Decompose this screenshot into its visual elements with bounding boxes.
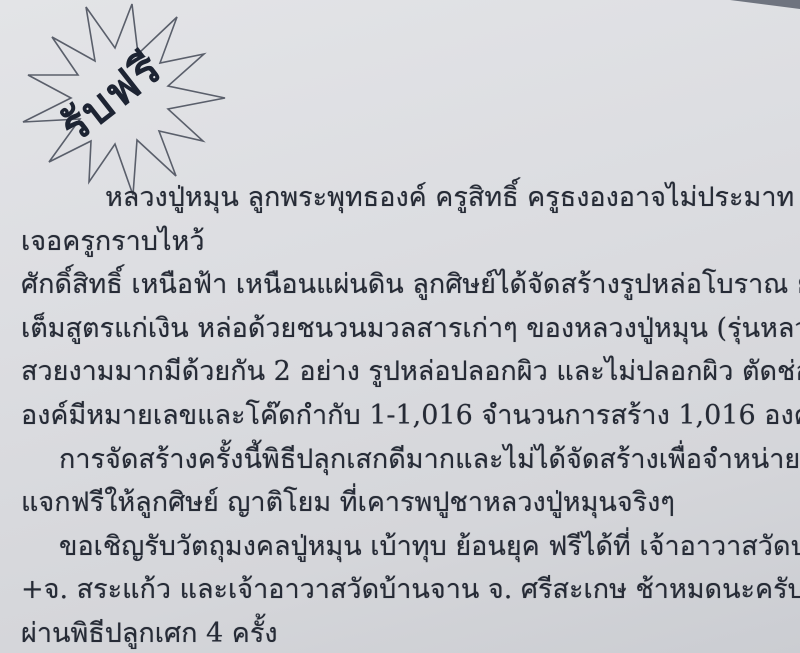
text-line: องค์มีหมายเลขและโค๊ดกำกับ 1-1,016 จำนวนก…	[21, 394, 785, 438]
text-line: การจัดสร้างครั้งนี้พิธีปลุกเสกดีมากและไม…	[21, 438, 785, 482]
text-line: เจอครูกราบไหว้	[21, 220, 785, 264]
free-giveaway-starburst: รับฟรี	[0, 0, 267, 200]
text-line: +จ. สระแก้ว และเจ้าอาวาสวัดบ้านจาน จ. ศร…	[21, 568, 785, 612]
text-line: เต็มสูตรแก่เงิน หล่อด้วยชนวนมวลสารเก่าๆ …	[21, 307, 785, 351]
photo-corner-artifact	[730, 0, 800, 9]
text-line: แจกฟรีให้ลูกศิษย์ ญาติโยม ที่เคารพปูชาหล…	[21, 481, 785, 525]
text-line: หลวงปู่หมุน ลูกพระพุทธองค์ ครูสิทธิ์ ครู…	[21, 176, 785, 220]
text-line: ศักดิ์สิทธิ์ เหนือฟ้า เหนือนแผ่นดิน ลูกศ…	[21, 263, 785, 307]
paper-photo: รับฟรี หลวงปู่หมุน ลูกพระพุทธองค์ ครูสิท…	[0, 0, 800, 653]
text-line: สวยงามมากมีด้วยกัน 2 อย่าง รูปหล่อปลอกผิ…	[21, 350, 785, 394]
document-text: หลวงปู่หมุน ลูกพระพุทธองค์ ครูสิทธิ์ ครู…	[21, 176, 785, 653]
text-line: ผ่านพิธีปลูกเศก 4 ครั้ง	[21, 612, 785, 653]
text-line: ขอเชิญรับวัตถุมงคลปู่หมุน เบ้าทุบ ย้อนยุ…	[21, 525, 785, 569]
